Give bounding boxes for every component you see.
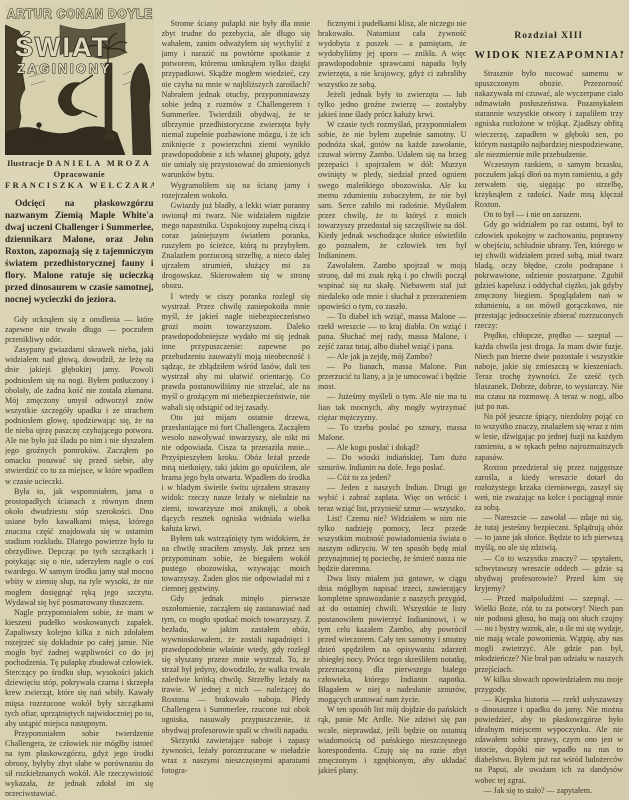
paragraph: Zawołałem. Zambo spojrzał w moją stronę,…: [318, 261, 467, 311]
paragraph: — Jużeśmy myśleli o tym. Ale nie ma tu l…: [318, 392, 467, 422]
paragraph: — Cóż to za jeden?: [318, 473, 467, 483]
paragraph: Roxton przedzierał się przez najgęstsze …: [475, 463, 624, 513]
credits: Ilustracje DANIELA MROZA Opracowanie FRA…: [5, 158, 154, 191]
paragraph: W kilku słowach opowiedziałem mu moje pr…: [475, 675, 624, 695]
magazine-page: ARTUR CONAN DOYLE: [0, 0, 629, 800]
author-name: ARTUR CONAN DOYLE: [7, 6, 153, 21]
paragraph: Gwiazdy już bladły, a lekki wiatr porann…: [162, 201, 311, 292]
paragraph: — To trzeba posłać po sznury, massa Malo…: [318, 423, 467, 443]
paragraph: Przypomniałem sobie twierdzenie Challeng…: [5, 729, 154, 796]
paragraph: Gdy go widziałem po raz ostatni, był to …: [475, 220, 624, 331]
paragraph: ficznymi i pudełkami klisz, ale niczego …: [318, 19, 467, 90]
column-4: Rozdział XIII WIDOK NIEZAPOMNIANY Strasz…: [475, 5, 624, 796]
paragraph: Wygramoliłem się na ścianę jamy i rozejr…: [162, 181, 311, 201]
cover-illustration: ARTUR CONAN DOYLE: [5, 5, 154, 155]
column-4-text: Strasznie było nocować samemu w opuszczo…: [475, 69, 624, 796]
paragraph: — Nareszcie — zawołał — zdaje mi się, że…: [475, 513, 624, 553]
paragraph: — Przed małpoludźmi — szepnął. — Wielki …: [475, 594, 624, 675]
paragraph: Nagle przypomniałem sobie, że mam w kies…: [5, 608, 154, 729]
paragraph: Byłem tak wstrząśnięty tym widokiem, że …: [162, 534, 311, 595]
paragraph: Była to, jak wspomniałem, jama o prostop…: [5, 487, 154, 608]
paragraph: — To diabeł ich wziąć, massa Malone — rz…: [318, 312, 467, 352]
paragraph: Gdy jednak minęło pierwsze oszołomienie,…: [162, 594, 311, 735]
column-2-text: Strome ściany pułapki nie były dla mnie …: [162, 19, 311, 776]
column-1-text: Gdy ocknąłem się z omdlenia — które zape…: [5, 315, 154, 796]
paragraph: I wtedy w ciszy poranka rozległ się wyst…: [162, 292, 311, 413]
series-title-line1: ŚWIAT: [15, 31, 110, 62]
paragraph: — Ale kogo posłać i dokąd?: [318, 443, 467, 453]
paragraph: Dwa listy miałem już gotowe, w ciągu dni…: [318, 574, 467, 705]
chapter-number: Rozdział XIII: [475, 31, 624, 41]
paragraph: On to był — i nie on zarazem.: [475, 210, 624, 220]
paragraph: — Po lianach, massa Malone. Pan przerzuc…: [318, 362, 467, 392]
series-title-line2: ZAGINIONY: [17, 61, 112, 76]
chapter-heading: Rozdział XIII WIDOK NIEZAPOMNIANY: [475, 31, 624, 61]
paragraph: Zasypany gwiazdami skrawek nieba, jaki w…: [5, 345, 154, 486]
paragraph: — Kiepska historia — rzekł usłyszawszy o…: [475, 695, 624, 786]
paragraph: — Jak się to stało? — zapytałem.: [475, 786, 624, 796]
paragraph: W ten sposób list mój dojdzie do pańskic…: [318, 705, 467, 776]
column-2: Strome ściany pułapki nie były dla mnie …: [162, 5, 311, 796]
paragraph: Jeżeli jednak były to zwierzęta — lub ty…: [318, 90, 467, 120]
paragraph: — Co to wszystko znaczy? — spytałem, sch…: [475, 554, 624, 594]
column-3: ficznymi i pudełkami klisz, ale niczego …: [318, 5, 467, 796]
paragraph: Na pół jeszcze śpiący, niezdolny pojąć c…: [475, 412, 624, 462]
lead-summary: Odcięci na płaskowzgórzu nazwanym Ziemią…: [5, 198, 154, 306]
paragraph: Strome ściany pułapki nie były dla mnie …: [162, 19, 311, 181]
paragraph: — Jeden z naszych Indian. Drugi go wybić…: [318, 483, 467, 513]
paragraph: — Do wioski indiańskiej. Tam dużo sznuró…: [318, 453, 467, 473]
paragraph: Gdy ocknąłem się z omdlenia — które zape…: [5, 315, 154, 345]
adaptation-label: Opracowanie: [54, 170, 105, 179]
masthead: ARTUR CONAN DOYLE: [5, 5, 154, 155]
paragraph: Wczesnym rankiem, o samym brzasku, poczu…: [475, 160, 624, 210]
illustrations-label: Ilustracje: [7, 159, 44, 168]
paragraph: Strasznie było nocować samemu w opuszczo…: [475, 69, 624, 160]
paragraph: Skrzynki zawierające naboje i zapasy żyw…: [162, 736, 311, 776]
paragraph: Oto już mijam ostatnie drzewa, przesłani…: [162, 413, 311, 534]
paragraph: — Ale jak ja zejdę, mój Zambo?: [318, 352, 467, 362]
column-3-text: ficznymi i pudełkami klisz, ale niczego …: [318, 19, 467, 776]
column-1: ARTUR CONAN DOYLE: [5, 5, 154, 796]
paragraph: Prędko, chłopcze, prędko — szeptał — każ…: [475, 331, 624, 412]
paragraph: List! Czemu nie? Widziałem w nim nie tyl…: [318, 514, 467, 575]
paragraph: W czasie tych rozmyślań, przypomniałem s…: [318, 120, 467, 261]
chapter-title: WIDOK NIEZAPOMNIANY: [475, 50, 624, 61]
adapter-name: FRANCISZKA WELCZARA: [5, 181, 154, 190]
illustrator-name: DANIELA MROZA: [47, 159, 152, 168]
